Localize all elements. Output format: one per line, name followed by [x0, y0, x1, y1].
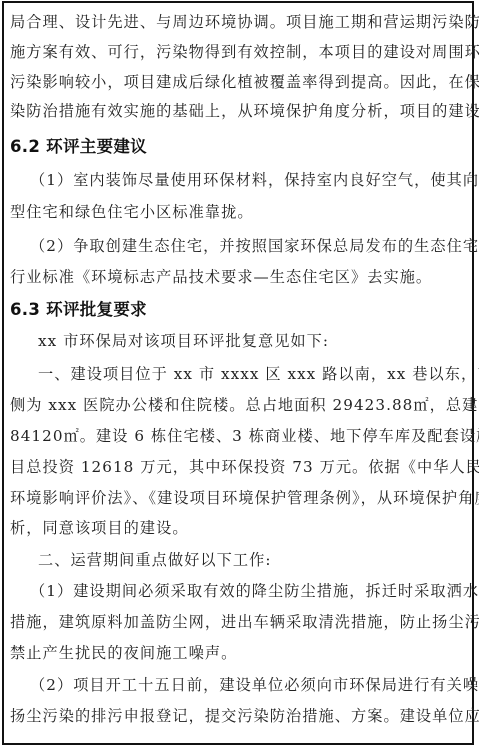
point-one-line-1: 一、建设项目位于 xx 市 xxxx 区 xxx 路以南，xx 巷以东，南侧、东: [38, 364, 470, 384]
work-item-2-line-2: 扬尘污染的排污申报登记，提交污染防治措施、方案。建设单位应有防: [10, 706, 470, 726]
point-two-heading: 二、运营期间重点做好以下工作:: [38, 550, 470, 570]
suggestion-2-line-1: （2）争取创建生态住宅，并按照国家环保总局发布的生态住宅环保: [30, 236, 470, 256]
work-item-1-line-3: 禁止产生扰民的夜间施工噪声。: [10, 643, 470, 663]
intro-line-4: 染防治措施有效实施的基础上，从环境保护角度分析，项目的建设可行。: [10, 101, 470, 121]
point-one-line-5: 环境影响评价法》、《建设项目环境保护管理条例》，从环境保护角度分: [10, 488, 470, 508]
suggestion-2-line-2: 行业标准《环境标志产品技术要求—生态住宅区》去实施。: [10, 267, 470, 287]
point-one-line-2: 侧为 xxx 医院办公楼和住院楼。总占地面积 29423.88㎡，总建筑面积: [10, 395, 470, 415]
point-one-line-6: 析，同意该项目的建设。: [10, 518, 470, 538]
section-heading-6-3: 6.3 环评批复要求: [10, 300, 470, 320]
work-item-1-line-2: 措施，建筑原料加盖防尘网，进出车辆采取清洗措施，防止扬尘污染，: [10, 612, 470, 632]
point-one-line-4: 目总投资 12618 万元，其中环保投资 73 万元。依据《中华人民共和国: [10, 457, 470, 477]
intro-line-1: 局合理、设计先进、与周边环境协调。项目施工期和营运期污染防治措: [10, 12, 470, 32]
approval-intro: xx 市环保局对该项目环评批复意见如下:: [38, 331, 470, 351]
work-item-2-line-1: （2）项目开工十五日前，建设单位必须向市环保局进行有关噪声、: [30, 675, 470, 695]
suggestion-1-line-2: 型住宅和绿色住宅小区标准靠拢。: [10, 202, 470, 222]
work-item-1-line-1: （1）建设期间必须采取有效的降尘防尘措施，拆迁时采取洒水降尘: [30, 581, 470, 601]
intro-line-2: 施方案有效、可行，污染物得到有效控制，本项目的建设对周围环境的: [10, 42, 470, 62]
section-heading-6-2: 6.2 环评主要建议: [10, 137, 470, 157]
point-one-line-3: 84120㎡。建设 6 栋住宅楼、3 栋商业楼、地下停车库及配套设施等。项: [10, 426, 470, 446]
suggestion-1-line-1: （1）室内装饰尽量使用环保材料，保持室内良好空气，使其向生态: [30, 170, 470, 190]
intro-line-3: 污染影响较小，项目建成后绿化植被覆盖率得到提高。因此，在保证污: [10, 72, 470, 92]
